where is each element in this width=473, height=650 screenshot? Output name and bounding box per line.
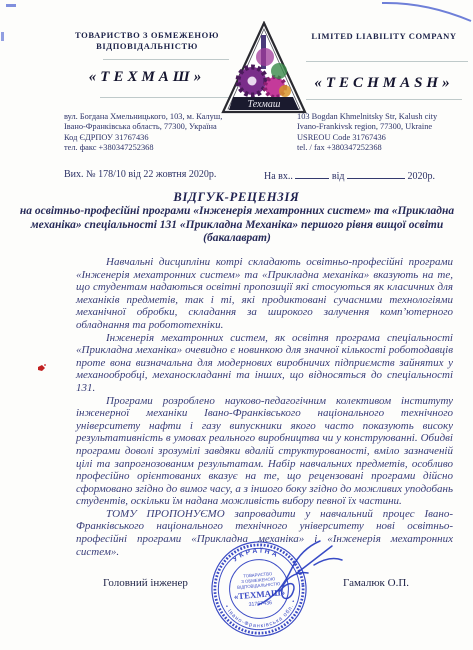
address-en-line2: Ivano-Frankivsk region, 77300, Ukraine xyxy=(297,122,467,132)
document-title: ВІДГУК-РЕЦЕНЗІЯ xyxy=(0,190,473,205)
company-type-uk-line2: ВІДПОВІДАЛЬНІСТЮ xyxy=(58,41,236,52)
address-uk-line1: вул. Богдана Хмельницького, 103, м. Калу… xyxy=(64,112,294,122)
address-en-line1: 103 Bogdan Khmelnitsky Str, Kalush city xyxy=(297,112,467,122)
red-spot-shape xyxy=(38,365,45,371)
paragraph-3: Програми розроблено науково-педагогічним… xyxy=(76,395,453,508)
incoming-ref-blank-date xyxy=(347,169,405,179)
paragraph-2: Інженерія мехатронних систем, як освітня… xyxy=(76,332,453,395)
header-rule-right-bottom xyxy=(306,99,462,100)
brand-name-en: «TECHMASH» xyxy=(298,75,470,92)
signature-tail-stroke xyxy=(314,559,342,565)
address-en-line4: tel. / fax +380347252368 xyxy=(297,143,467,153)
scan-edge-artifact-top xyxy=(378,0,473,26)
signature-main-stroke xyxy=(258,541,320,605)
logo-gear-hole xyxy=(248,77,257,86)
signer-role: Головний інженер xyxy=(103,577,188,589)
address-block-uk: вул. Богдана Хмельницького, 103, м. Калу… xyxy=(64,112,294,154)
signer-name: Гамалюк О.П. xyxy=(343,577,409,589)
logo-banner-label: Техмаш xyxy=(248,99,281,110)
company-type-uk: ТОВАРИСТВО З ОБМЕЖЕНОЮ ВІДПОВІДАЛЬНІСТЮ xyxy=(58,30,236,52)
scan-speck-1 xyxy=(6,4,16,7)
red-spot-speck xyxy=(44,364,46,366)
header-rule-right-top xyxy=(306,61,468,62)
scan-speck-2 xyxy=(1,32,4,41)
header-rule-left-bottom xyxy=(100,97,232,98)
address-block-en: 103 Bogdan Khmelnitsky Str, Kalush city … xyxy=(297,112,467,154)
logo-glow-green xyxy=(271,63,287,79)
scan-artifact-line xyxy=(382,3,471,21)
address-uk-line3: Код ЄДРПОУ 31767436 xyxy=(64,133,294,143)
logo-glow-magenta xyxy=(256,48,274,66)
header-rule-left-top xyxy=(103,59,229,60)
handwritten-signature xyxy=(252,537,346,619)
company-type-en: LIMITED LIABILITY COMPANY xyxy=(298,31,470,42)
brand-name-uk: «ТЕХМАШ» xyxy=(58,69,236,86)
scan-edge-artifact-left xyxy=(0,2,24,48)
signature-loop-stroke xyxy=(280,573,308,599)
address-uk-line4: тел. факс +380347252368 xyxy=(64,143,294,153)
address-en-line3: USREOU Code 31767436 xyxy=(297,133,467,143)
incoming-ref-line: На вх.. від 2020р. xyxy=(264,169,435,182)
incoming-ref-prefix: На вх.. xyxy=(264,171,293,182)
red-ink-spot xyxy=(34,361,48,375)
logo-glow-orange xyxy=(279,85,291,97)
letter-body: Навчальні дисципліни котрі складають осв… xyxy=(76,256,453,558)
company-logo-icon: Техмаш xyxy=(221,21,307,114)
incoming-ref-year: 2020р. xyxy=(407,171,435,182)
company-type-en-line1: LIMITED LIABILITY COMPANY xyxy=(298,31,470,42)
incoming-ref-blank-number xyxy=(295,169,329,179)
address-uk-line2: Івано-Франківська область, 77300, Україн… xyxy=(64,122,294,132)
document-subtitle: на освітньо-професійні програми «Інженер… xyxy=(17,205,457,246)
scanned-letter-page: ТОВАРИСТВО З ОБМЕЖЕНОЮ ВІДПОВІДАЛЬНІСТЮ … xyxy=(0,0,473,650)
paragraph-1: Навчальні дисципліни котрі складають осв… xyxy=(76,256,453,332)
company-type-uk-line1: ТОВАРИСТВО З ОБМЕЖЕНОЮ xyxy=(58,30,236,41)
outgoing-ref-number: Вих. № 178/10 від 22 жовтня 2020р. xyxy=(64,169,216,180)
incoming-ref-mid: від xyxy=(332,171,345,182)
